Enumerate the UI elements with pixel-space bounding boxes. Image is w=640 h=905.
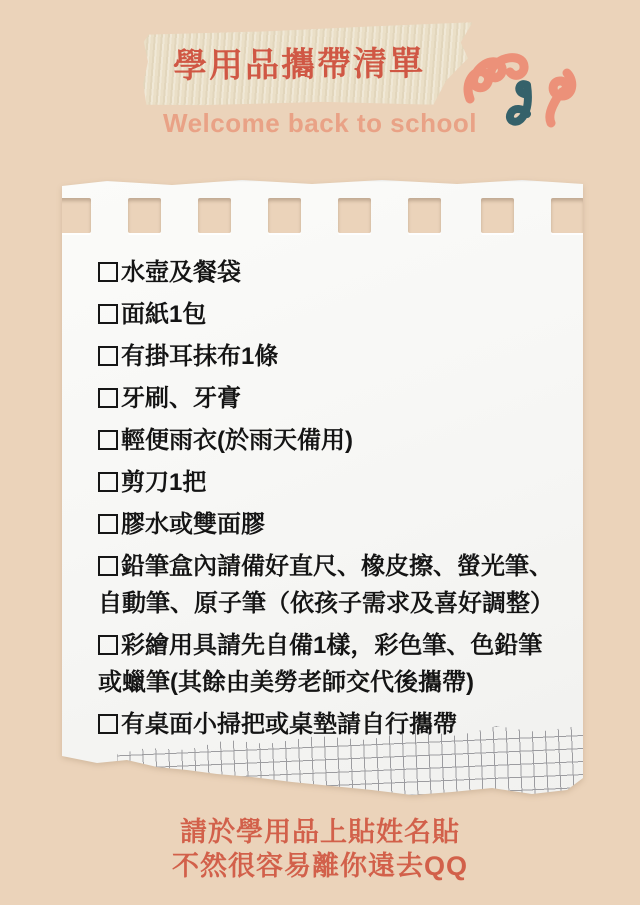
checkbox-icon xyxy=(98,556,118,576)
punch-hole xyxy=(408,198,441,233)
punch-hole xyxy=(58,198,91,233)
checklist-item-label: 面紙1包 xyxy=(121,301,206,328)
checklist-item-label: 剪刀1把 xyxy=(121,469,206,496)
checklist-item: 剪刀1把 xyxy=(98,464,560,501)
checkbox-icon xyxy=(98,714,118,734)
punch-hole xyxy=(268,198,301,233)
page-title: 學用品攜帶清單 xyxy=(173,35,425,87)
checklist-item-label: 鉛筆盒內請備好直尺、橡皮擦、螢光筆、自動筆、原子筆（依孩子需求及喜好調整） xyxy=(98,553,554,617)
checklist-item: 牙刷、牙膏 xyxy=(98,380,560,417)
paper-sheet: 水壺及餐袋 面紙1包 有掛耳抹布1條 牙刷、牙膏 輕便雨衣(於雨天備用) 剪刀1… xyxy=(62,178,583,798)
checklist-item-label: 有掛耳抹布1條 xyxy=(121,343,278,370)
punch-hole xyxy=(551,198,584,233)
checkbox-icon xyxy=(98,262,118,282)
checkbox-icon xyxy=(98,388,118,408)
checklist-item: 有掛耳抹布1條 xyxy=(98,338,560,375)
footer-note: 請於學用品上貼姓名貼 不然很容易離你遠去QQ xyxy=(0,815,640,883)
checklist-item: 輕便雨衣(於雨天備用) xyxy=(98,422,560,459)
checklist-paper: 水壺及餐袋 面紙1包 有掛耳抹布1條 牙刷、牙膏 輕便雨衣(於雨天備用) 剪刀1… xyxy=(62,178,583,798)
checkbox-icon xyxy=(98,304,118,324)
checklist-item-label: 輕便雨衣(於雨天備用) xyxy=(121,427,353,454)
checkbox-icon xyxy=(98,430,118,450)
punch-hole xyxy=(128,198,161,233)
checklist-item-label: 膠水或雙面膠 xyxy=(121,511,265,538)
punch-hole xyxy=(481,198,514,233)
doodle-loop-teal-icon xyxy=(510,84,528,122)
checklist-item-label: 水壺及餐袋 xyxy=(121,259,241,286)
checklist-item-label: 牙刷、牙膏 xyxy=(121,385,241,412)
checklist-item: 鉛筆盒內請備好直尺、橡皮擦、螢光筆、自動筆、原子筆（依孩子需求及喜好調整） xyxy=(98,548,560,622)
header-tape: 學用品攜帶清單 xyxy=(143,22,474,107)
doodle-spring-coral-icon xyxy=(468,58,524,99)
checklist-item-label: 彩繪用具請先自備1樣，彩色筆、色鉛筆或蠟筆(其餘由美勞老師交代後攜帶) xyxy=(98,632,542,696)
punch-hole xyxy=(338,198,371,233)
checkbox-icon xyxy=(98,346,118,366)
checklist-item: 面紙1包 xyxy=(98,296,560,333)
checkbox-icon xyxy=(98,472,118,492)
checkbox-icon xyxy=(98,635,118,655)
checklist-item: 膠水或雙面膠 xyxy=(98,506,560,543)
checklist: 水壺及餐袋 面紙1包 有掛耳抹布1條 牙刷、牙膏 輕便雨衣(於雨天備用) 剪刀1… xyxy=(98,254,560,748)
checklist-item: 彩繪用具請先自備1樣，彩色筆、色鉛筆或蠟筆(其餘由美勞老師交代後攜帶) xyxy=(98,627,560,701)
poster: 學用品攜帶清單 Welcome back to school 水壺及餐袋 面紙1… xyxy=(0,0,640,905)
footer-line-1: 請於學用品上貼姓名貼 xyxy=(0,815,640,849)
punch-hole xyxy=(198,198,231,233)
doodle-loop-coral-icon xyxy=(550,73,572,123)
checklist-item: 水壺及餐袋 xyxy=(98,254,560,291)
doodle-squiggles-icon xyxy=(461,36,587,136)
footer-line-2: 不然很容易離你遠去QQ xyxy=(0,849,640,883)
checkbox-icon xyxy=(98,514,118,534)
